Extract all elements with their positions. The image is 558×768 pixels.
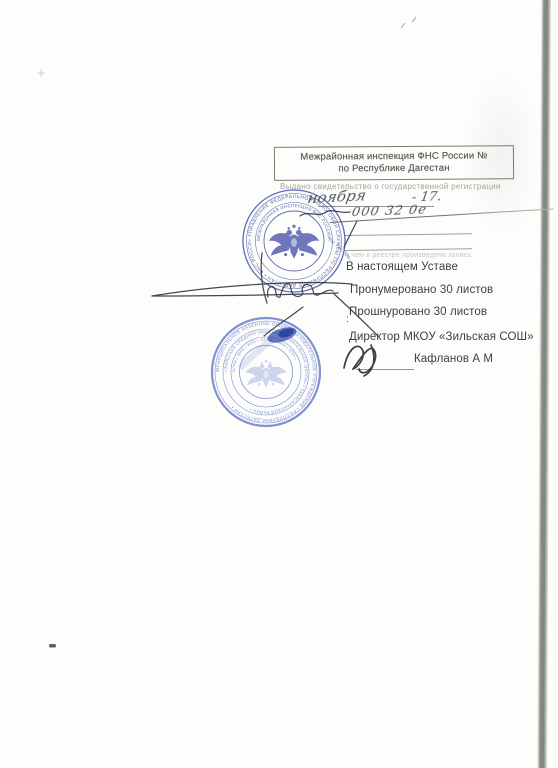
school-stamp-eagle-emblem: [246, 360, 287, 388]
scanned-charter-page: Межрайонная инспекция ФНС России № по Ре…: [0, 0, 558, 768]
tax-inspection-box-stamp: Межрайонная инспекция ФНС России № по Ре…: [274, 145, 514, 181]
laced-sheets-line: Прошнуровано 30 листов: [349, 306, 487, 318]
blank-form-line: [345, 248, 472, 251]
tick-marks: [401, 17, 416, 28]
in-charter-label: В настоящем Уставе: [346, 261, 458, 273]
handwritten-number: 000 32 0е: [350, 203, 428, 221]
box-stamp-line1: Межрайонная инспекция ФНС России №: [275, 150, 513, 164]
director-signature-line: [356, 369, 414, 370]
stray-colon-mark: :: [346, 314, 349, 325]
school-round-stamp: МУНИЦИПАЛЬНОЕ КАЗЕННОЕ ОБЩЕОБРАЗОВАТЕЛЬН…: [206, 312, 326, 432]
faint-cross-mark: [37, 69, 45, 77]
director-line: Директор МКОУ «Зильская СОШ»: [349, 331, 534, 343]
school-stamp-rings: МУНИЦИПАЛЬНОЕ КАЗЕННОЕ ОБЩЕОБРАЗОВАТЕЛЬН…: [212, 318, 320, 426]
director-signature: [364, 345, 374, 376]
director-signature: [344, 346, 363, 369]
ink-dot-artifact: [49, 644, 56, 648]
blank-form-line: [345, 233, 472, 236]
tax-stamp-eagle-emblem: [269, 225, 319, 259]
numbered-sheets-line: Пронумеровано 30 листов: [350, 284, 493, 296]
signer-name: Кафланов А М: [414, 353, 493, 365]
registry-record-line: о чем в реестре произведена запись: [345, 252, 471, 259]
box-stamp-line2: по Республике Дагестан: [275, 162, 513, 176]
